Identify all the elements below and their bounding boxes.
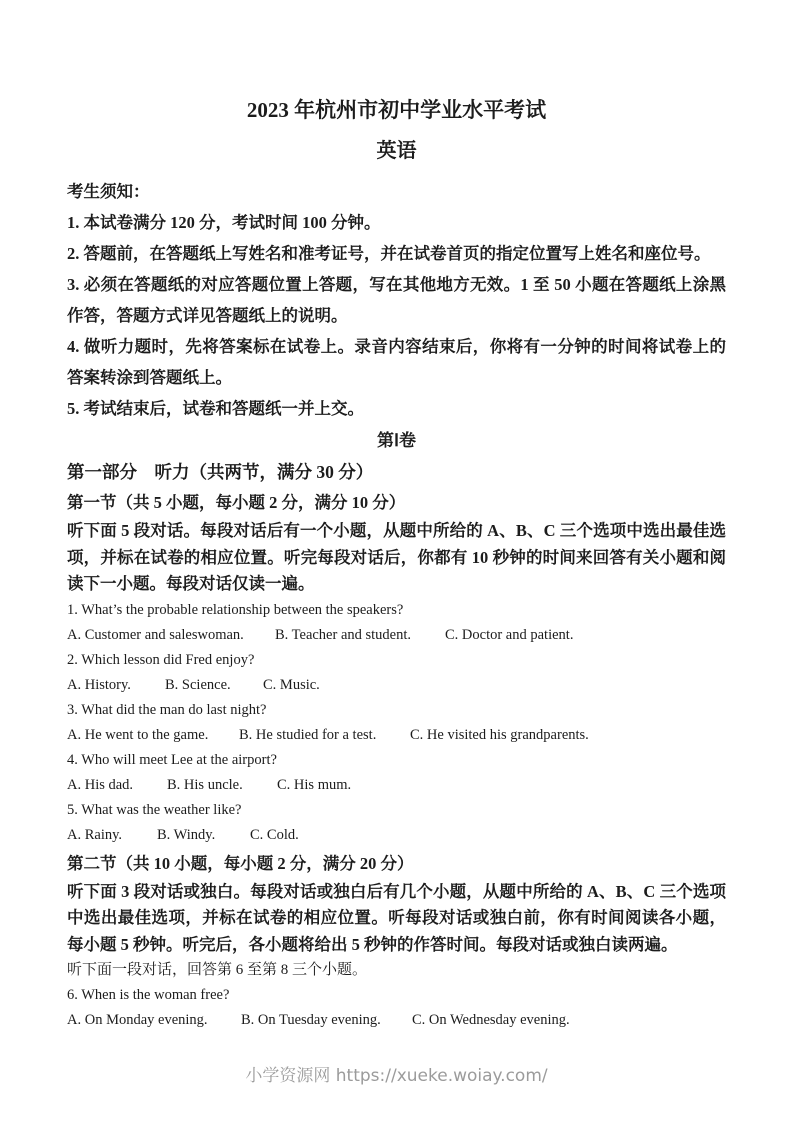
question-3-option-c: C. He visited his grandparents. (410, 723, 589, 748)
question-6-option-a: A. On Monday evening. (67, 1008, 241, 1033)
exam-paper-page: 2023 年杭州市初中学业水平考试 英语 考生须知： 1. 本试卷满分 120 … (0, 0, 793, 1122)
site-watermark: 小学资源网 https://xueke.woiay.com/ (0, 1064, 793, 1088)
question-3-option-b: B. He studied for a test. (239, 723, 410, 748)
question-2-option-c: C. Music. (263, 673, 320, 698)
question-5-text: 5. What was the weather like? (67, 798, 726, 823)
question-4-option-b: B. His uncle. (167, 773, 277, 798)
part1-heading: 第一部分 听力（共两节，满分 30 分） (67, 457, 726, 487)
question-3-option-a: A. He went to the game. (67, 723, 239, 748)
question-3-options: A. He went to the game.B. He studied for… (67, 723, 726, 748)
volume-heading: 第Ⅰ卷 (67, 424, 726, 457)
exam-subject: 英语 (67, 138, 726, 164)
question-3-text: 3. What did the man do last night? (67, 698, 726, 723)
question-5-options: A. Rainy.B. Windy.C. Cold. (67, 823, 726, 848)
question-5-option-a: A. Rainy. (67, 823, 157, 848)
question-4-text: 4. Who will meet Lee at the airport? (67, 748, 726, 773)
notice-item-3: 3. 必须在答题纸的对应答题位置上答题，写在其他地方无效。1 至 50 小题在答… (67, 269, 726, 331)
candidate-notice: 考生须知： 1. 本试卷满分 120 分，考试时间 100 分钟。 2. 答题前… (67, 176, 726, 424)
notice-item-5: 5. 考试结束后，试卷和答题纸一并上交。 (67, 393, 726, 424)
question-4-options: A. His dad.B. His uncle.C. His mum. (67, 773, 726, 798)
notice-item-4: 4. 做听力题时，先将答案标在试卷上。录音内容结束后，你将有一分钟的时间将试卷上… (67, 331, 726, 393)
question-6-option-c: C. On Wednesday evening. (412, 1008, 570, 1033)
question-1-option-c: C. Doctor and patient. (445, 623, 573, 648)
question-1-text: 1. What’s the probable relationship betw… (67, 598, 726, 623)
question-4-option-c: C. His mum. (277, 773, 351, 798)
question-5-option-b: B. Windy. (157, 823, 250, 848)
question-6-options: A. On Monday evening.B. On Tuesday eveni… (67, 1008, 726, 1033)
question-1-option-a: A. Customer and saleswoman. (67, 623, 275, 648)
exam-content: 2023 年杭州市初中学业水平考试 英语 考生须知： 1. 本试卷满分 120 … (0, 0, 793, 1033)
section2-heading: 第二节（共 10 小题，每小题 2 分，满分 20 分） (67, 848, 726, 879)
notice-item-1: 1. 本试卷满分 120 分，考试时间 100 分钟。 (67, 207, 726, 238)
notice-item-2: 2. 答题前，在答题纸上写姓名和准考证号，并在试卷首页的指定位置写上姓名和座位号… (67, 238, 726, 269)
question-4-option-a: A. His dad. (67, 773, 167, 798)
question-1-options: A. Customer and saleswoman.B. Teacher an… (67, 623, 726, 648)
question-1-option-b: B. Teacher and student. (275, 623, 445, 648)
notice-heading: 考生须知： (67, 176, 726, 207)
question-2-text: 2. Which lesson did Fred enjoy? (67, 648, 726, 673)
section2-passage-note: 听下面一段对话，回答第 6 至第 8 三个小题。 (67, 958, 726, 983)
exam-title: 2023 年杭州市初中学业水平考试 (67, 0, 726, 125)
section1-heading: 第一节（共 5 小题，每小题 2 分，满分 10 分） (67, 487, 726, 518)
question-5-option-c: C. Cold. (250, 823, 299, 848)
question-6-text: 6. When is the woman free? (67, 983, 726, 1008)
question-2-option-a: A. History. (67, 673, 165, 698)
question-6-option-b: B. On Tuesday evening. (241, 1008, 412, 1033)
question-2-option-b: B. Science. (165, 673, 263, 698)
question-2-options: A. History.B. Science.C. Music. (67, 673, 726, 698)
section1-instructions: 听下面 5 段对话。每段对话后有一个小题，从题中所给的 A、B、C 三个选项中选… (67, 518, 726, 598)
section2-instructions: 听下面 3 段对话或独白。每段对话或独白后有几个小题，从题中所给的 A、B、C … (67, 879, 726, 959)
